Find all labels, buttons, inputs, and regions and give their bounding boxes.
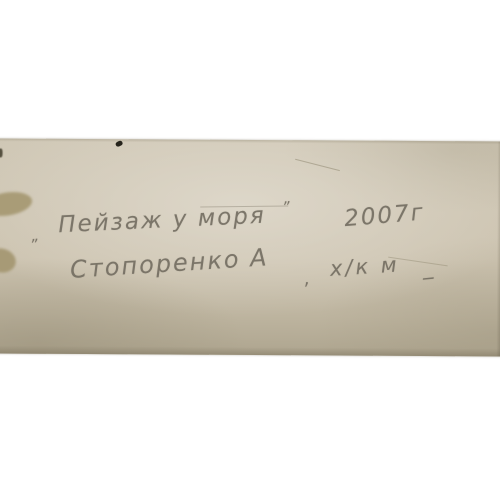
cardboard-panel: „ Пейзаж у моря ” 2007г Стопоренко А , х… bbox=[0, 138, 500, 356]
dark-speck-top-edge bbox=[115, 140, 123, 147]
inscription-title: Пейзаж у моря bbox=[58, 203, 267, 239]
inscription-year: 2007г bbox=[343, 200, 425, 232]
inscription-comma: , bbox=[302, 268, 311, 290]
inscription-medium: х/к м bbox=[329, 253, 400, 281]
inscription-opening-quote: „ bbox=[30, 226, 40, 245]
inscription-artist-name: Стопоренко А bbox=[69, 243, 269, 284]
surface-scratch bbox=[295, 159, 340, 171]
paint-smudge-lower bbox=[0, 246, 18, 276]
paint-smudge-upper bbox=[0, 189, 34, 219]
photo-stage: „ Пейзаж у моря ” 2007г Стопоренко А , х… bbox=[0, 0, 500, 500]
dark-speck-left-edge bbox=[0, 148, 3, 157]
inscription-closing-quote: ” bbox=[281, 198, 291, 217]
inscription-trailing-dash: ‒ bbox=[421, 265, 436, 290]
board-bottom-edge bbox=[0, 345, 500, 356]
board-right-edge-shadow bbox=[496, 142, 500, 357]
board-top-edge bbox=[0, 138, 500, 144]
